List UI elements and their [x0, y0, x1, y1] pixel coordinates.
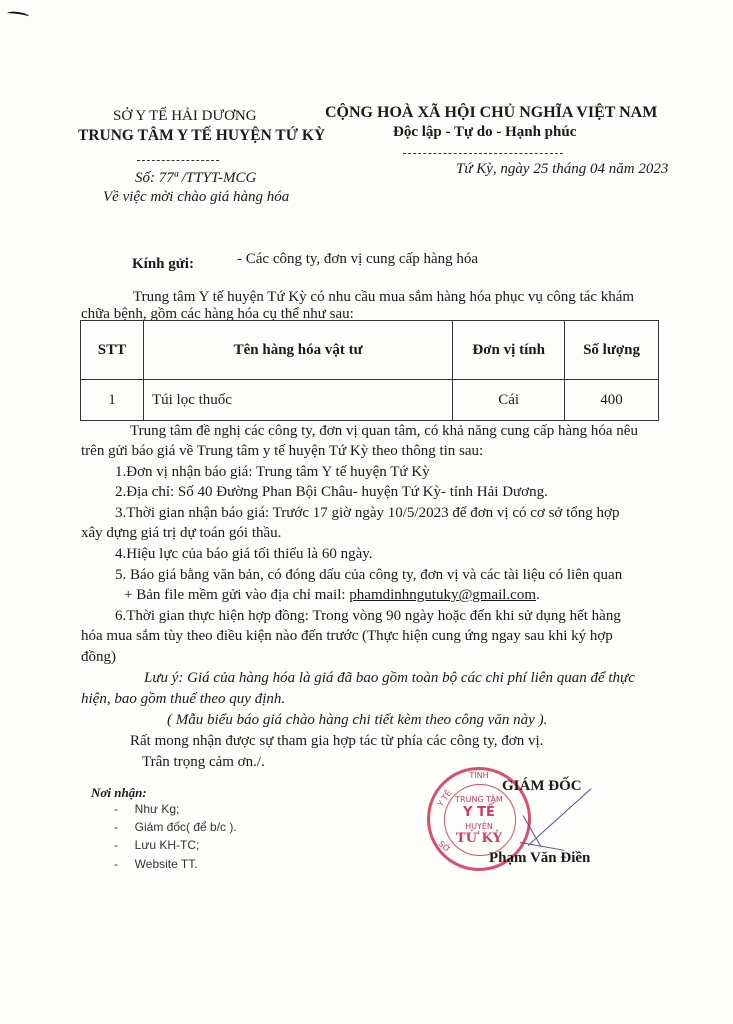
item-6-line-3: đồng)	[81, 649, 116, 666]
goods-table: STT Tên hàng hóa vật tư Đơn vị tính Số l…	[80, 320, 659, 421]
email-link[interactable]: phamdinhngutuky@gmail.com	[349, 587, 536, 603]
place-date: Tứ Kỳ, ngày 25 tháng 04 năm 2023	[456, 161, 668, 178]
pen-mark	[7, 10, 30, 19]
doc-number: Số: 77ª /TTYT-MCG	[135, 170, 256, 187]
item-3-line-1: 3.Thời gian nhận báo giá: Trước 17 giờ n…	[115, 505, 619, 522]
item-5-sub-suffix: .	[536, 587, 540, 603]
item-2: 2.Địa chỉ: Số 40 Đường Phan Bội Châu- hu…	[115, 484, 548, 501]
note-line-2: hiện, bao gồm thuế theo quy định.	[81, 691, 285, 708]
recipient-value: - Các công ty, đơn vị cung cấp hàng hóa	[237, 251, 478, 268]
stamp-line-4: TỨ KỲ	[430, 831, 528, 846]
request-line-2: trên gửi báo giá về Trung tâm y tế huyện…	[81, 443, 483, 460]
agency-name: SỞ Y TẾ HẢI DƯƠNG	[113, 108, 257, 125]
note-line-1: Lưu ý: Giá của hàng hóa là giá đã bao gồ…	[144, 670, 635, 687]
item-6-line-1: 6.Thời gian thực hiện hợp đồng: Trong vò…	[115, 608, 621, 625]
closing-line-1: Rất mong nhận được sự tham gia hợp tác t…	[130, 733, 543, 750]
intro-line-1: Trung tâm Y tế huyện Tứ Kỳ có nhu cầu mu…	[133, 289, 634, 306]
list-item: - Giám đốc( để b/c ).	[114, 820, 237, 834]
stamp-line-3: HUYỆN	[430, 822, 528, 831]
item-5: 5. Báo giá bằng văn bản, có đóng dấu của…	[115, 567, 622, 584]
right-divider	[403, 153, 563, 154]
header-item-name: Tên hàng hóa vật tư	[143, 321, 452, 380]
nation-title: CỘNG HOÀ XÃ HỘI CHỦ NGHĨA VIỆT NAM	[325, 104, 657, 122]
stamp-line-1: TRUNG TÂM	[430, 795, 528, 804]
item-5-sub-prefix: + Bản file mềm gửi vào địa chỉ mail:	[124, 587, 349, 603]
item-3-line-2: xây dựng giá trị dự toán gói thầu.	[81, 525, 281, 542]
doc-subject: Về việc mời chào giá hàng hóa	[103, 189, 289, 206]
list-item: - Như Kg;	[114, 802, 179, 816]
signer-title: GIÁM ĐỐC	[502, 778, 582, 795]
header-unit: Đơn vị tính	[453, 321, 565, 380]
item-1: 1.Đơn vị nhận báo giá: Trung tâm Y tế hu…	[115, 464, 430, 481]
header-stt: STT	[81, 321, 144, 380]
recipients-label: Nơi nhận:	[91, 785, 147, 801]
national-motto: Độc lập - Tự do - Hạnh phúc	[393, 124, 576, 141]
cell-stt: 1	[81, 380, 144, 421]
item-4: 4.Hiệu lực của báo giá tối thiểu là 60 n…	[115, 546, 373, 563]
closing-line-2: Trân trọng cảm ơn./.	[142, 754, 265, 771]
cell-quantity: 400	[565, 380, 659, 421]
cell-unit: Cái	[453, 380, 565, 421]
signer-name: Phạm Văn Điền	[489, 850, 590, 867]
table-row: 1 Túi lọc thuốc Cái 400	[81, 380, 659, 421]
item-6-line-2: hóa mua sắm tùy theo điều kiện nào đến t…	[81, 628, 613, 645]
stamp-line-2: Y TẾ	[430, 805, 528, 820]
cell-item-name: Túi lọc thuốc	[143, 380, 452, 421]
unit-name: TRUNG TÂM Y TẾ HUYỆN TỨ KỲ	[78, 127, 325, 145]
recipient-label: Kính gửi:	[132, 256, 194, 273]
request-line-1: Trung tâm đề nghị các công ty, đơn vị qu…	[130, 423, 638, 440]
table-header-row: STT Tên hàng hóa vật tư Đơn vị tính Số l…	[81, 321, 659, 380]
note-line-3: ( Mẫu biểu báo giá chào hàng chi tiết kè…	[167, 712, 547, 729]
item-5-sub: + Bản file mềm gửi vào địa chỉ mail: pha…	[124, 587, 540, 604]
left-divider	[137, 160, 219, 161]
header-quantity: Số lượng	[565, 321, 659, 380]
list-item: - Lưu KH-TC;	[114, 838, 199, 852]
list-item: - Website TT.	[114, 857, 198, 871]
